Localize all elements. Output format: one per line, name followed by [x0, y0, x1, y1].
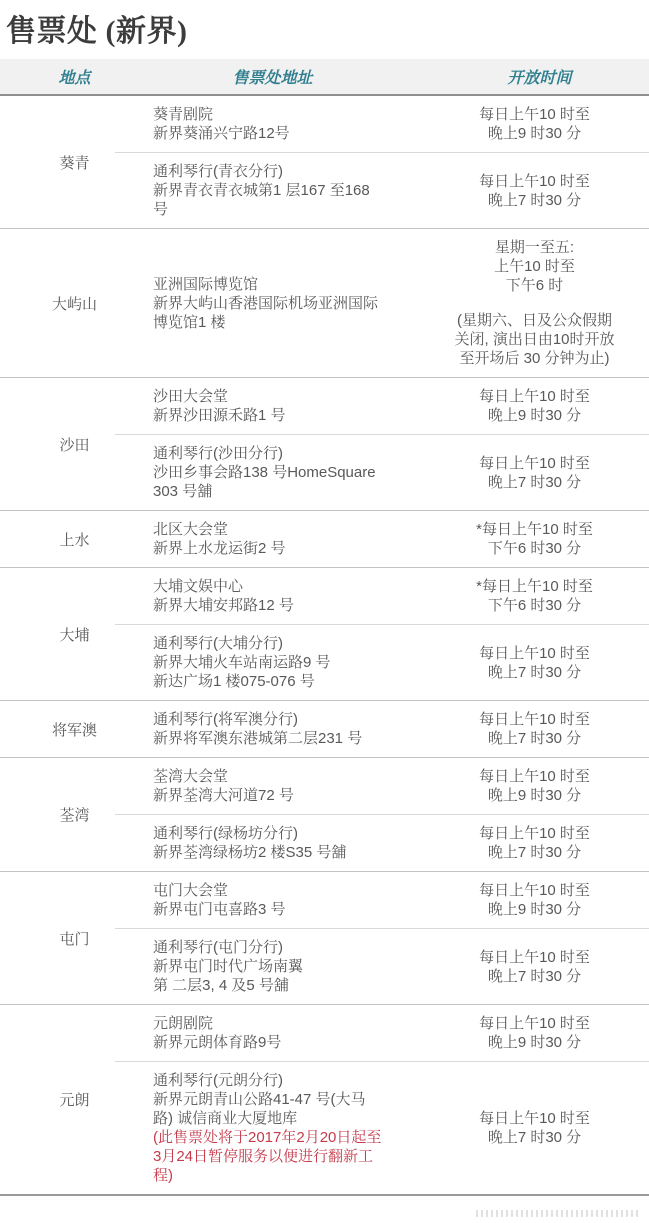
- address-cell: 屯门大会堂 新界屯门屯喜路3 号: [115, 880, 430, 920]
- address-text: 新界荃湾大河道72 号: [153, 786, 416, 805]
- hours-cell: 每日上午10 时至 晚上9 时30 分: [430, 766, 649, 806]
- location-cell: 上水: [0, 511, 115, 567]
- address-cell: 北区大会堂 新界上水龙运街2 号: [115, 519, 430, 559]
- location-group: 大埔 大埔文娱中心 新界大埔安邦路12 号 *每日上午10 时至 下午6 时30…: [0, 567, 649, 700]
- group-rows: 葵青剧院 新界葵涌兴宁路12号 每日上午10 时至 晚上9 时30 分 通利琴行…: [115, 96, 649, 228]
- hours-cell: 每日上午10 时至 晚上7 时30 分: [430, 633, 649, 692]
- hours-text: 每日上午10 时至 晚上7 时30 分: [430, 948, 639, 986]
- hours-cell: 每日上午10 时至 晚上7 时30 分: [430, 443, 649, 502]
- hours-cell: *每日上午10 时至 下午6 时30 分: [430, 576, 649, 616]
- hours-cell: *每日上午10 时至 下午6 时30 分: [430, 519, 649, 559]
- location-group: 葵青 葵青剧院 新界葵涌兴宁路12号 每日上午10 时至 晚上9 时30 分 通…: [0, 96, 649, 228]
- address-text: 新界荃湾绿杨坊2 楼S35 号舖: [153, 843, 416, 862]
- group-rows: 元朗剧院 新界元朗体育路9号 每日上午10 时至 晚上9 时30 分 通利琴行(…: [115, 1005, 649, 1194]
- hours-text: 每日上午10 时至 晚上7 时30 分: [430, 710, 639, 748]
- address-cell: 通利琴行(屯门分行) 新界屯门时代广场南翼 第 二层3, 4 及5 号舖: [115, 937, 430, 996]
- venue-text: 北区大会堂: [153, 520, 416, 539]
- hours-text: 星期一至五: 上午10 时至 下午6 时: [430, 238, 639, 295]
- hours-cell: 星期一至五: 上午10 时至 下午6 时 (星期六、日及公众假期 关闭, 演出日…: [430, 237, 649, 369]
- location-cell: 屯门: [0, 872, 115, 1004]
- address-text: 新界屯门屯喜路3 号: [153, 900, 416, 919]
- venue-text: 大埔文娱中心: [153, 577, 416, 596]
- hours-text: 每日上午10 时至 晚上9 时30 分: [430, 767, 639, 805]
- column-header-address: 售票处地址: [115, 65, 430, 88]
- hours-text: 每日上午10 时至 晚上7 时30 分: [430, 1109, 639, 1147]
- address-text: 新界元朗青山公路41-47 号(大马 路) 诚信商业大厦地库: [153, 1090, 416, 1128]
- table-row: 大埔文娱中心 新界大埔安邦路12 号 *每日上午10 时至 下午6 时30 分: [115, 568, 649, 624]
- location-cell: 元朗: [0, 1005, 115, 1194]
- hours-text: *每日上午10 时至 下午6 时30 分: [430, 520, 639, 558]
- location-cell: 荃湾: [0, 758, 115, 871]
- hours-text: 每日上午10 时至 晚上7 时30 分: [430, 172, 639, 210]
- venue-text: 通利琴行(青衣分行): [153, 162, 416, 181]
- hours-cell: 每日上午10 时至 晚上9 时30 分: [430, 1013, 649, 1053]
- venue-text: 屯门大会堂: [153, 881, 416, 900]
- hours-cell: 每日上午10 时至 晚上7 时30 分: [430, 161, 649, 220]
- page: 售票处 (新界) 地点 售票处地址 开放时间 葵青 葵青剧院 新界葵涌兴宁路12…: [0, 6, 649, 1217]
- address-text: 新界葵涌兴宁路12号: [153, 124, 416, 143]
- address-text: 沙田乡事会路138 号HomeSquare 303 号舖: [153, 463, 416, 501]
- column-header-location: 地点: [0, 65, 115, 88]
- address-text: 新界将军澳东港城第二层231 号: [153, 729, 416, 748]
- column-header-hours: 开放时间: [430, 65, 649, 88]
- address-cell: 亚洲国际博览馆 新界大屿山香港国际机场亚洲国际 博览馆1 楼: [115, 237, 430, 369]
- table-row: 屯门大会堂 新界屯门屯喜路3 号 每日上午10 时至 晚上9 时30 分: [115, 872, 649, 928]
- venue-text: 通利琴行(沙田分行): [153, 444, 416, 463]
- hours-text: 每日上午10 时至 晚上9 时30 分: [430, 1014, 639, 1052]
- address-cell: 通利琴行(大埔分行) 新界大埔火车站南运路9 号 新达广场1 楼075-076 …: [115, 633, 430, 692]
- hours-text: 每日上午10 时至 晚上7 时30 分: [430, 644, 639, 682]
- group-rows: 亚洲国际博览馆 新界大屿山香港国际机场亚洲国际 博览馆1 楼 星期一至五: 上午…: [115, 229, 649, 377]
- address-text: 新界上水龙运街2 号: [153, 539, 416, 558]
- address-text: 新界大埔安邦路12 号: [153, 596, 416, 615]
- ticket-office-table: 地点 售票处地址 开放时间 葵青 葵青剧院 新界葵涌兴宁路12号 每日上午10 …: [0, 59, 649, 1196]
- group-rows: 屯门大会堂 新界屯门屯喜路3 号 每日上午10 时至 晚上9 时30 分 通利琴…: [115, 872, 649, 1004]
- location-group: 将军澳 通利琴行(将军澳分行) 新界将军澳东港城第二层231 号 每日上午10 …: [0, 700, 649, 757]
- hours-note-text: (星期六、日及公众假期 关闭, 演出日由10时开放 至开场后 30 分钟为止): [430, 311, 639, 368]
- venue-text: 沙田大会堂: [153, 387, 416, 406]
- hours-cell: 每日上午10 时至 晚上9 时30 分: [430, 880, 649, 920]
- table-body: 葵青 葵青剧院 新界葵涌兴宁路12号 每日上午10 时至 晚上9 时30 分 通…: [0, 96, 649, 1194]
- address-cell: 元朗剧院 新界元朗体育路9号: [115, 1013, 430, 1053]
- table-row: 通利琴行(大埔分行) 新界大埔火车站南运路9 号 新达广场1 楼075-076 …: [115, 624, 649, 700]
- hours-text: 每日上午10 时至 晚上7 时30 分: [430, 454, 639, 492]
- location-group: 元朗 元朗剧院 新界元朗体育路9号 每日上午10 时至 晚上9 时30 分 通利…: [0, 1004, 649, 1194]
- venue-text: 葵青剧院: [153, 105, 416, 124]
- address-text: 新界大屿山香港国际机场亚洲国际 博览馆1 楼: [153, 294, 416, 332]
- table-row: 元朗剧院 新界元朗体育路9号 每日上午10 时至 晚上9 时30 分: [115, 1005, 649, 1061]
- address-text: 新界青衣青衣城第1 层167 至168 号: [153, 181, 416, 219]
- table-row: 通利琴行(绿杨坊分行) 新界荃湾绿杨坊2 楼S35 号舖 每日上午10 时至 晚…: [115, 814, 649, 871]
- address-cell: 大埔文娱中心 新界大埔安邦路12 号: [115, 576, 430, 616]
- table-row: 荃湾大会堂 新界荃湾大河道72 号 每日上午10 时至 晚上9 时30 分: [115, 758, 649, 814]
- location-group: 上水 北区大会堂 新界上水龙运街2 号 *每日上午10 时至 下午6 时30 分: [0, 510, 649, 567]
- table-row: 亚洲国际博览馆 新界大屿山香港国际机场亚洲国际 博览馆1 楼 星期一至五: 上午…: [115, 229, 649, 377]
- address-cell: 通利琴行(元朗分行) 新界元朗青山公路41-47 号(大马 路) 诚信商业大厦地…: [115, 1070, 430, 1186]
- watermark: [476, 1210, 641, 1217]
- table-row: 葵青剧院 新界葵涌兴宁路12号 每日上午10 时至 晚上9 时30 分: [115, 96, 649, 152]
- hours-cell: 每日上午10 时至 晚上7 时30 分: [430, 1070, 649, 1186]
- hours-text: 每日上午10 时至 晚上7 时30 分: [430, 824, 639, 862]
- table-row: 通利琴行(元朗分行) 新界元朗青山公路41-47 号(大马 路) 诚信商业大厦地…: [115, 1061, 649, 1194]
- address-cell: 通利琴行(沙田分行) 沙田乡事会路138 号HomeSquare 303 号舖: [115, 443, 430, 502]
- table-row: 通利琴行(沙田分行) 沙田乡事会路138 号HomeSquare 303 号舖 …: [115, 434, 649, 510]
- venue-text: 荃湾大会堂: [153, 767, 416, 786]
- hours-text: 每日上午10 时至 晚上9 时30 分: [430, 105, 639, 143]
- address-text: 新界元朗体育路9号: [153, 1033, 416, 1052]
- hours-cell: 每日上午10 时至 晚上9 时30 分: [430, 386, 649, 426]
- group-rows: 北区大会堂 新界上水龙运街2 号 *每日上午10 时至 下午6 时30 分: [115, 511, 649, 567]
- table-row: 北区大会堂 新界上水龙运街2 号 *每日上午10 时至 下午6 时30 分: [115, 511, 649, 567]
- hours-text: 每日上午10 时至 晚上9 时30 分: [430, 881, 639, 919]
- location-cell: 沙田: [0, 378, 115, 510]
- location-cell: 将军澳: [0, 701, 115, 757]
- table-header-row: 地点 售票处地址 开放时间: [0, 59, 649, 96]
- venue-text: 元朗剧院: [153, 1014, 416, 1033]
- hours-text: *每日上午10 时至 下午6 时30 分: [430, 577, 639, 615]
- address-cell: 葵青剧院 新界葵涌兴宁路12号: [115, 104, 430, 144]
- address-cell: 荃湾大会堂 新界荃湾大河道72 号: [115, 766, 430, 806]
- location-cell: 大屿山: [0, 229, 115, 377]
- address-cell: 通利琴行(青衣分行) 新界青衣青衣城第1 层167 至168 号: [115, 161, 430, 220]
- group-rows: 通利琴行(将军澳分行) 新界将军澳东港城第二层231 号 每日上午10 时至 晚…: [115, 701, 649, 757]
- hours-cell: 每日上午10 时至 晚上7 时30 分: [430, 937, 649, 996]
- group-rows: 沙田大会堂 新界沙田源禾路1 号 每日上午10 时至 晚上9 时30 分 通利琴…: [115, 378, 649, 510]
- table-row: 通利琴行(屯门分行) 新界屯门时代广场南翼 第 二层3, 4 及5 号舖 每日上…: [115, 928, 649, 1004]
- hours-cell: 每日上午10 时至 晚上7 时30 分: [430, 823, 649, 863]
- address-text: 新界沙田源禾路1 号: [153, 406, 416, 425]
- venue-text: 通利琴行(元朗分行): [153, 1071, 416, 1090]
- location-cell: 葵青: [0, 96, 115, 228]
- group-rows: 荃湾大会堂 新界荃湾大河道72 号 每日上午10 时至 晚上9 时30 分 通利…: [115, 758, 649, 871]
- venue-text: 通利琴行(绿杨坊分行): [153, 824, 416, 843]
- table-row: 沙田大会堂 新界沙田源禾路1 号 每日上午10 时至 晚上9 时30 分: [115, 378, 649, 434]
- address-cell: 通利琴行(将军澳分行) 新界将军澳东港城第二层231 号: [115, 709, 430, 749]
- location-group: 荃湾 荃湾大会堂 新界荃湾大河道72 号 每日上午10 时至 晚上9 时30 分…: [0, 757, 649, 871]
- hours-cell: 每日上午10 时至 晚上7 时30 分: [430, 709, 649, 749]
- group-rows: 大埔文娱中心 新界大埔安邦路12 号 *每日上午10 时至 下午6 时30 分 …: [115, 568, 649, 700]
- address-cell: 沙田大会堂 新界沙田源禾路1 号: [115, 386, 430, 426]
- hours-text: 每日上午10 时至 晚上9 时30 分: [430, 387, 639, 425]
- location-group: 大屿山 亚洲国际博览馆 新界大屿山香港国际机场亚洲国际 博览馆1 楼 星期一至五…: [0, 228, 649, 377]
- venue-text: 通利琴行(将军澳分行): [153, 710, 416, 729]
- venue-text: 通利琴行(屯门分行): [153, 938, 416, 957]
- table-row: 通利琴行(青衣分行) 新界青衣青衣城第1 层167 至168 号 每日上午10 …: [115, 152, 649, 228]
- venue-text: 通利琴行(大埔分行): [153, 634, 416, 653]
- location-group: 屯门 屯门大会堂 新界屯门屯喜路3 号 每日上午10 时至 晚上9 时30 分 …: [0, 871, 649, 1004]
- venue-text: 亚洲国际博览馆: [153, 275, 416, 294]
- address-text: 新界大埔火车站南运路9 号 新达广场1 楼075-076 号: [153, 653, 416, 691]
- hours-cell: 每日上午10 时至 晚上9 时30 分: [430, 104, 649, 144]
- page-title: 售票处 (新界): [6, 6, 649, 50]
- address-cell: 通利琴行(绿杨坊分行) 新界荃湾绿杨坊2 楼S35 号舖: [115, 823, 430, 863]
- address-text: 新界屯门时代广场南翼 第 二层3, 4 及5 号舖: [153, 957, 416, 995]
- location-cell: 大埔: [0, 568, 115, 700]
- location-group: 沙田 沙田大会堂 新界沙田源禾路1 号 每日上午10 时至 晚上9 时30 分 …: [0, 377, 649, 510]
- renovation-alert-text: (此售票处将于2017年2月20日起至 3月24日暂停服务以便进行翻新工 程): [153, 1128, 416, 1185]
- table-row: 通利琴行(将军澳分行) 新界将军澳东港城第二层231 号 每日上午10 时至 晚…: [115, 701, 649, 757]
